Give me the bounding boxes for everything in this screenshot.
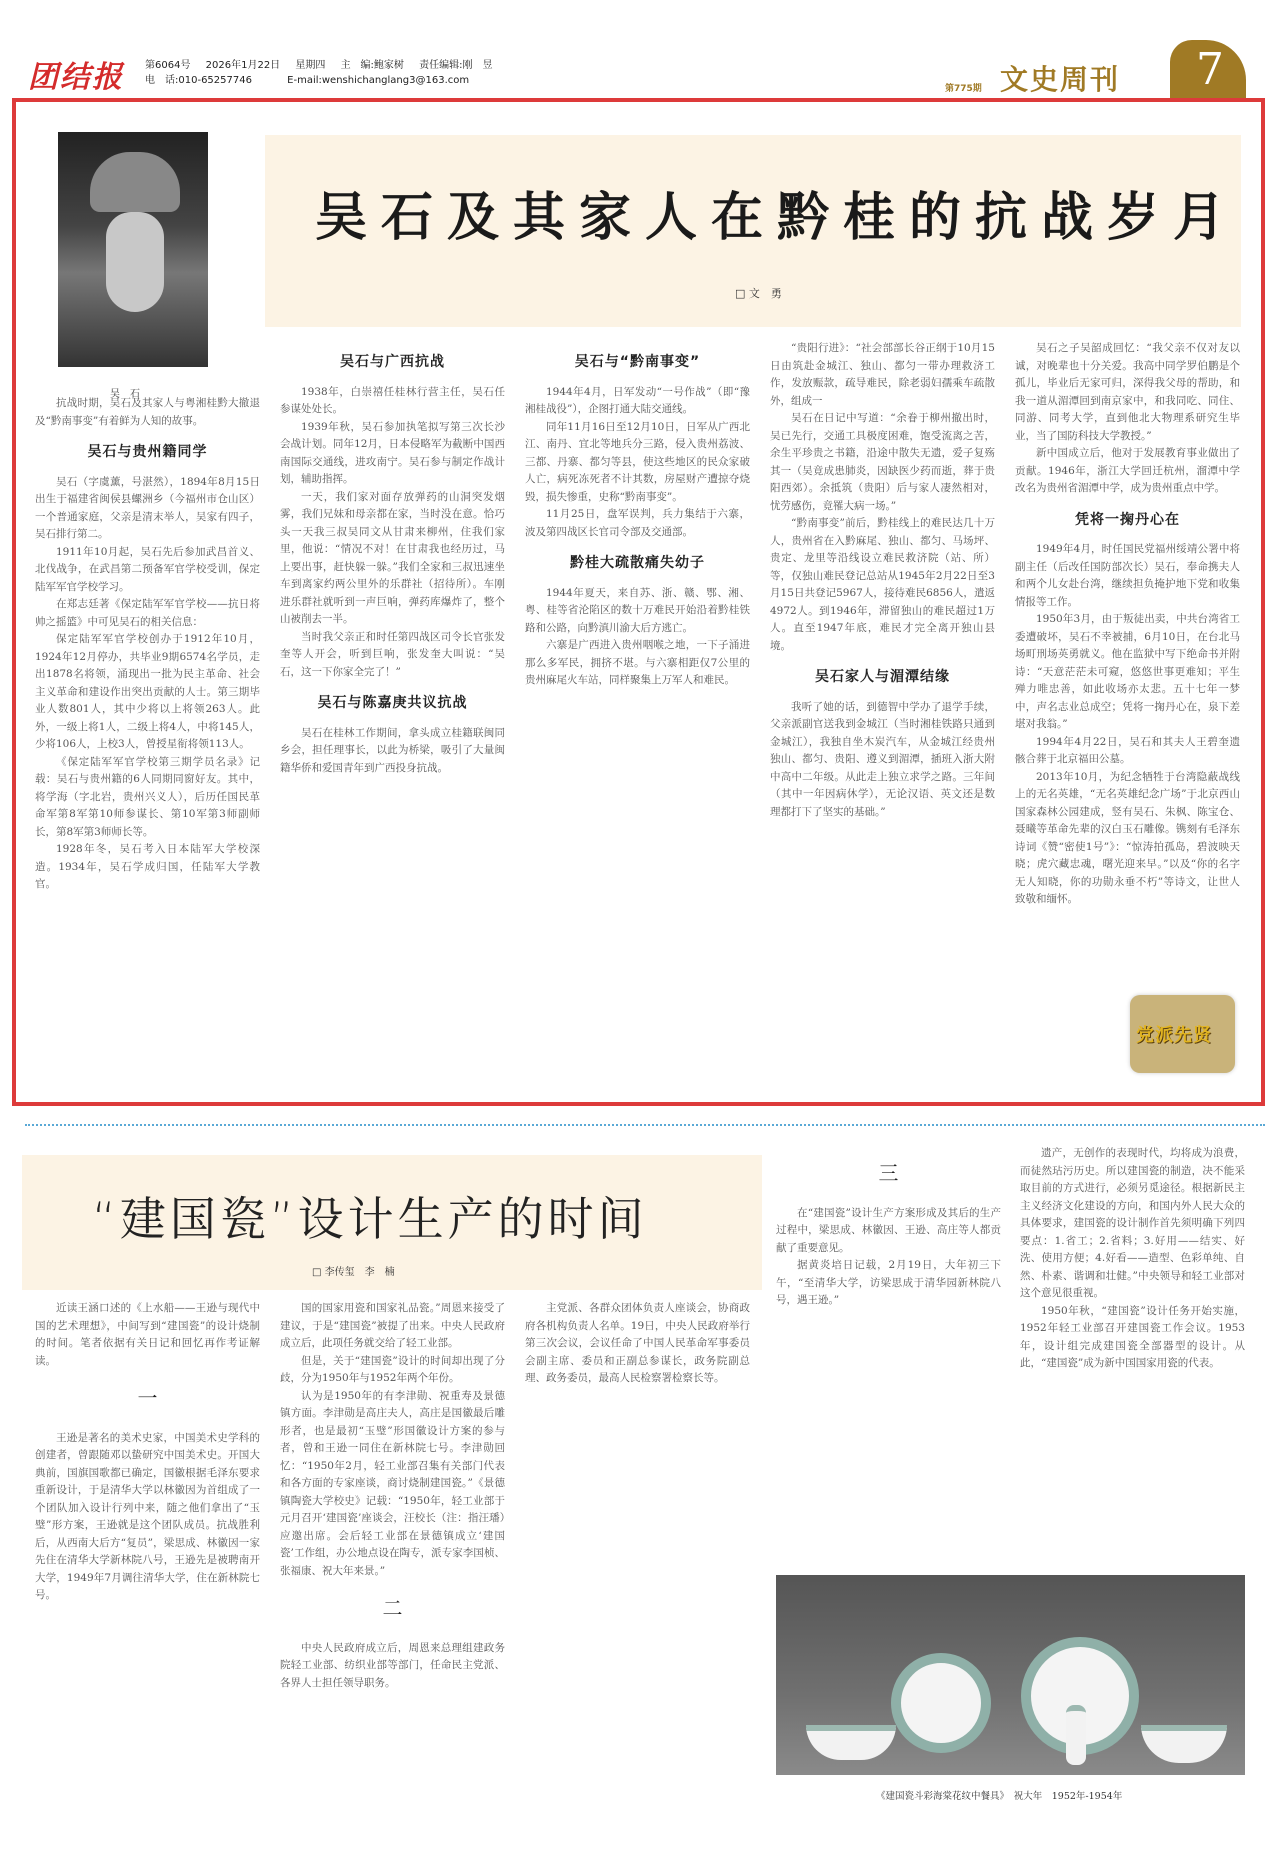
publish-date: 2026年1月22日 [206,60,281,71]
article2-title-band: “建国瓷”设计生产的时间 □ 李传玺 李 楠 [22,1155,762,1290]
paragraph: 1950年3月，由于叛徒出卖，中共台湾省工委遭破坏，吴石不幸被捕，6月10日，在… [1015,611,1240,734]
article-byline: □ 文 勇 [735,285,782,301]
paragraph: 1911年10月起，吴石先后参加武昌首义、北伐战争，在武昌第二预备军官学校受训，… [35,544,260,597]
paragraph: 我听了她的话，到德智中学办了退学手续，父亲派副官送我到金城江（当时湘桂铁路只通到… [770,699,995,822]
covered-bowl [806,1725,896,1760]
photo-caption: 《建国瓷斗彩海棠花纹中餐具》 祝大年 1952年-1954年 [876,1788,1122,1802]
ewer [1066,1705,1086,1765]
intro-paragraph: 近读王涵口述的《上水船——王逊与现代中国的艺术理想》，中间写到“建国瓷”的设计烧… [35,1300,260,1370]
page-number-tab: 7 [1170,40,1246,100]
paragraph: 同年11月16日至12月10日，日军从广西北江、南丹、宜北等地兵分三路，侵入贵州… [525,419,750,507]
paragraph: 1949年4月，时任国民党福州绥靖公署中将副主任（后改任国防部次长）吴石，奉命携… [1015,541,1240,611]
paragraph: 11月25日，盘军误判，兵力集结于六寨，波及第四战区长官司令部及交通部。 [525,506,750,541]
badge-label: 党派先贤 [1136,1021,1212,1047]
phone: 电 话:010-65257746 [145,75,252,86]
email-link[interactable]: E-mail:wenshichanglang3@163.com [287,75,469,86]
article2-column-1: 近读王涵口述的《上水船——王逊与现代中国的艺术理想》，中间写到“建国瓷”的设计烧… [35,1300,260,1845]
section-heading: 吴石与广西抗战 [280,354,505,372]
paragraph: 中央人民政府成立后，周恩来总理组建政务院轻工业部、纺织业部等部门，任命民主党派、… [280,1640,505,1693]
article2-column-5: 遗产，无创作的表现时代，均将成为浪费，而徒然玷污历史。所以建国瓷的制造，决不能采… [1020,1145,1245,1565]
paragraph: 1944年夏天，来自苏、浙、赣、鄂、湘、粤、桂等省沦陷区的数十万难民开始沿着黔桂… [525,585,750,638]
paragraph: 当时我父亲正和时任第四战区司令长官张发奎等人开会，听到巨响，张发奎大叫说：“吴石… [280,629,505,682]
masthead: 团结报 第6064号 2026年1月22日 星期四 主 编:鲍家树 责任编辑:刚… [0,0,1280,96]
large-bowl [1141,1725,1227,1763]
paragraph: 在郑志廷著《保定陆军军官学校——抗日将帅之摇篮》中可见吴石的相关信息： [35,596,260,631]
section-heading: 吴石与陈嘉庚共议抗战 [280,695,505,713]
article2-title: “建国瓷”设计生产的时间 [92,1183,648,1249]
section-heading: 吴石家人与湄潭结缘 [770,669,995,687]
paragraph: 吴石在桂林工作期间，拿头成立桂籍联闽同乡会，担任理事长，以此为桥梁，吸引了大量闽… [280,725,505,778]
paragraph: “贵阳行进》：“社会部部长谷正纲于10月15日由筑赴金城江、独山、都匀一带办理救… [770,340,995,410]
paragraph: 主党派、各群众团体负责人座谈会，协商政府各机构负责人名单。19日，中央人民政府举… [525,1300,750,1388]
paragraph: 1928年冬，吴石考入日本陆军大学校深造。1934年，吴石学成归国，任陆军大学教… [35,841,260,894]
paragraph: 1938年，白崇禧任桂林行营主任，吴石任参谋处处长。 [280,384,505,419]
duty-editor: 责任编辑:刚 昱 [419,60,492,71]
paragraph: 六寨是广西进入贵州咽喉之地，一下子涌进那么多军民，拥挤不堪。与六寨相距仅7公里的… [525,637,750,690]
article-title: 吴石及其家人在黔桂的抗战岁月 [315,175,1239,250]
masthead-meta: 第6064号 2026年1月22日 星期四 主 编:鲍家树 责任编辑:刚 昱 电… [145,58,505,88]
section-marker: 二 [280,1600,505,1618]
article-column-5: 吴石之子吴韶成回忆：“我父亲不仅对友以诚，对晚辈也十分关爱。我高中同学罗伯鹏是个… [1015,340,1240,980]
paragraph: 吴石（字虞薰，号湛然），1894年8月15日出生于福建省闽侯县螺洲乡（今福州市仓… [35,474,260,544]
article2-column-2: 国的国家用瓷和国家礼品瓷。”周恩来接受了建议，于是“建国瓷”被提了出来。中央人民… [280,1300,505,1845]
paragraph: 一天，我们家对面存放弹药的山洞突发烟雾，我们兄妹和母亲都在家，当时没在意。恰巧头… [280,489,505,629]
paragraph: 王逊是著名的美术史家，中国美术史学科的创建者，曾跟随邓以蛰研究中国美术史。开国大… [35,1430,260,1605]
article-title-band: 吴石及其家人在黔桂的抗战岁月 □ 文 勇 [265,135,1241,327]
section-divider [25,1124,1265,1126]
paragraph: 2013年10月，为纪念牺牲于台湾隐蔽战线上的无名英雄，“无名英雄纪念广场”于北… [1015,769,1240,909]
article2-column-3: 主党派、各群众团体负责人座谈会，协商政府各机构负责人名单。19日，中央人民政府举… [525,1300,750,1845]
article-column-4: “贵阳行进》：“社会部部长谷正纲于10月15日由筑赴金城江、独山、都匀一带办理救… [770,340,995,1095]
section-heading: 吴石与“黔南事变” [525,354,750,372]
paragraph: 新中国成立后，他对于发展教育事业做出了贡献。1946年，浙江大学回迁杭州，溜潭中… [1015,445,1240,498]
article-column-3: 吴石与“黔南事变” 1944年4月，日军发动“一号作战”（即“豫湘桂战役”），企… [525,340,750,1095]
paragraph: 吴石之子吴韶成回忆：“我父亲不仅对友以诚，对晚辈也十分关爱。我高中同学罗伯鹏是个… [1015,340,1240,445]
section-heading: 凭将一掬丹心在 [1015,512,1240,530]
article2-column-4: 三 在“建国瓷”设计生产方案形成及其后的生产过程中，梁思成、林徽因、王逊、高庄等… [776,1145,1001,1565]
newspaper-logo: 团结报 [28,52,124,96]
section-heading: 黔桂大疏散痛失幼子 [525,555,750,573]
paragraph: 吴石在日记中写道：“余眷于柳州撤出时，吴已先行，交通工具极度困难，饱受流离之苦，… [770,410,995,515]
article2-byline: □ 李传玺 李 楠 [312,1263,395,1278]
paragraph: 认为是1950年的有李津勋、祝重寿及景德镇方面。李津勋是高庄夫人，高庄是国徽最后… [280,1388,505,1581]
paragraph: 但是，关于“建国瓷”设计的时间却出现了分歧，分为1950年与1952年两个年份。 [280,1353,505,1388]
column-badge: 党派先贤 [1130,995,1235,1073]
portrait-photo [58,132,208,367]
column-title: 文史周刊 [1000,58,1120,98]
section-heading: 吴石与贵州籍同学 [35,444,260,462]
paragraph: “黔南事变”前后，黔桂线上的难民达几十万人，贵州省在入黔麻尾、独山、都匀、马场坪… [770,515,995,655]
paragraph: 1939年秋，吴石参加执笔拟写第三次长沙会战计划。同年12月，日本侵略军为截断中… [280,419,505,489]
paragraph: 在“建国瓷”设计生产方案形成及其后的生产过程中，梁思成、林徽因、王逊、高庄等人都… [776,1205,1001,1258]
paragraph: 1994年4月22日，吴石和其夫人王碧奎遗骸合葬于北京福田公墓。 [1015,734,1240,769]
section-marker: 一 [35,1390,260,1408]
paragraph: 国的国家用瓷和国家礼品瓷。”周恩来接受了建议，于是“建国瓷”被提了出来。中央人民… [280,1300,505,1353]
weekday: 星期四 [295,60,325,71]
paragraph: 1950年秋，“建国瓷”设计任务开始实施，1952年轻工业部召开建国瓷工作会议。… [1020,1303,1245,1373]
issue-number: 第6064号 [145,60,190,71]
chief-editor: 主 编:鲍家树 [341,60,404,71]
plate-left [891,1653,991,1753]
period-number: 第775期 [945,81,982,94]
paragraph: 保定陆军军官学校创办于1912年10月，1924年12月停办，共毕业9期6574… [35,631,260,754]
intro-paragraph: 抗战时期，吴石及其家人与粤湘桂黔大撤退及“黔南事变”有着鲜为人知的故事。 [35,395,260,430]
paragraph: 据黄炎培日记载，2月19日，大年初三下午，“至清华大学，访梁思成于清华园新林院八… [776,1257,1001,1310]
paragraph: 遗产，无创作的表现时代，均将成为浪费，而徒然玷污历史。所以建国瓷的制造，决不能采… [1020,1145,1245,1303]
article-column-1: 抗战时期，吴石及其家人与粤湘桂黔大撤退及“黔南事变”有着鲜为人知的故事。 吴石与… [35,395,260,1095]
article-column-2: 吴石与广西抗战 1938年，白崇禧任桂林行营主任，吴石任参谋处处长。 1939年… [280,340,505,1095]
paragraph: 《保定陆军军官学校第三期学员名录》记载：吴石与贵州籍的6人同期同窗好友。其中，将… [35,754,260,842]
page-number: 7 [1196,44,1224,95]
section-marker: 三 [776,1165,1001,1183]
paragraph: 1944年4月，日军发动“一号作战”（即“豫湘桂战役”），企图打通大陆交通线。 [525,384,750,419]
porcelain-photo [776,1575,1245,1775]
